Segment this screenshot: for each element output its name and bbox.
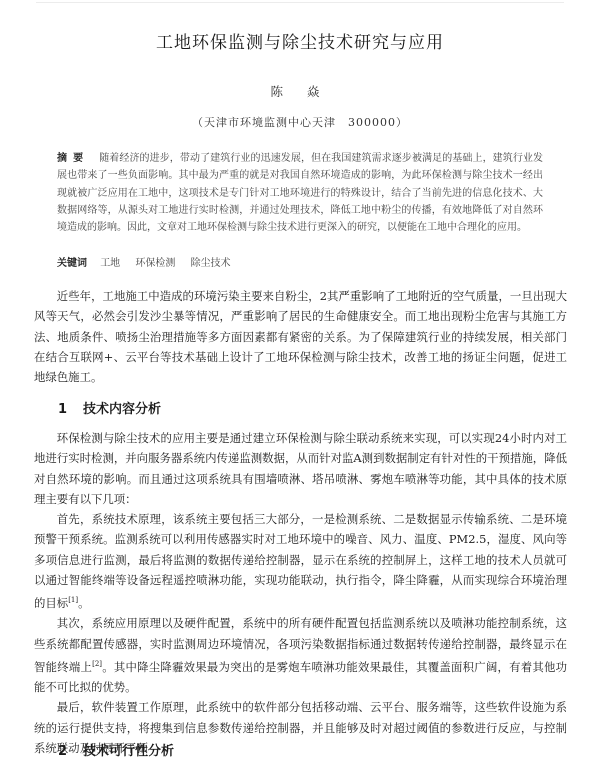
body-paragraph: 首先，系统技术原理，该系统主要包括三大部分，一是检测系统、二是数据显示传输系统、… <box>34 509 567 613</box>
body-paragraph: 环保检测与除尘技术的应用主要是通过建立环保检测与除尘联动系统来实现，可以实现24… <box>34 428 567 509</box>
citation[interactable]: [1] <box>68 596 78 604</box>
intro-section: 近些年，工地施工中造成的环境污染主要来自粉尘，2其严重影响了工地附近的空气质量，… <box>34 286 567 387</box>
section-number: 1 <box>58 402 67 417</box>
author-affiliation: （天津市环境监测中心天津 300000） <box>0 114 600 130</box>
section-heading-2: 2技术可行性分析 <box>58 740 174 759</box>
page-top-rule <box>36 2 564 3</box>
section-1-body: 环保检测与除尘技术的应用主要是通过建立环保检测与除尘联动系统来实现，可以实现24… <box>34 428 567 758</box>
section-title: 技术可行性分析 <box>83 744 174 759</box>
section-number: 2 <box>58 744 67 759</box>
keywords-label: 关键词 <box>57 258 87 269</box>
keyword: 环保检测 <box>135 258 175 269</box>
section-title: 技术内容分析 <box>83 402 161 417</box>
paper-title: 工地环保监测与除尘技术研究与应用 <box>0 28 600 53</box>
citation[interactable]: [2] <box>92 660 102 668</box>
keyword: 工地 <box>100 258 120 269</box>
keyword: 除尘技术 <box>191 258 231 269</box>
abstract-block: 摘要随着经济的进步，带动了建筑行业的迅速发展，但在我国建筑需求逐步被满足的基础上… <box>57 150 543 236</box>
paper-author: 陈 焱 <box>0 82 600 100</box>
section-heading-1: 1技术内容分析 <box>58 398 161 417</box>
abstract-text: 随着经济的进步，带动了建筑行业的迅速发展，但在我国建筑需求逐步被满足的基础上，建… <box>57 153 543 233</box>
body-paragraph: 其次，系统应用原理以及硬件配置，系统中的所有硬件配置包括监测系统以及喷淋功能控制… <box>34 613 567 697</box>
intro-paragraph: 近些年，工地施工中造成的环境污染主要来自粉尘，2其严重影响了工地附近的空气质量，… <box>34 286 567 387</box>
keywords-block: 关键词 工地 环保检测 除尘技术 <box>57 254 543 269</box>
abstract-label: 摘要 <box>57 153 89 164</box>
